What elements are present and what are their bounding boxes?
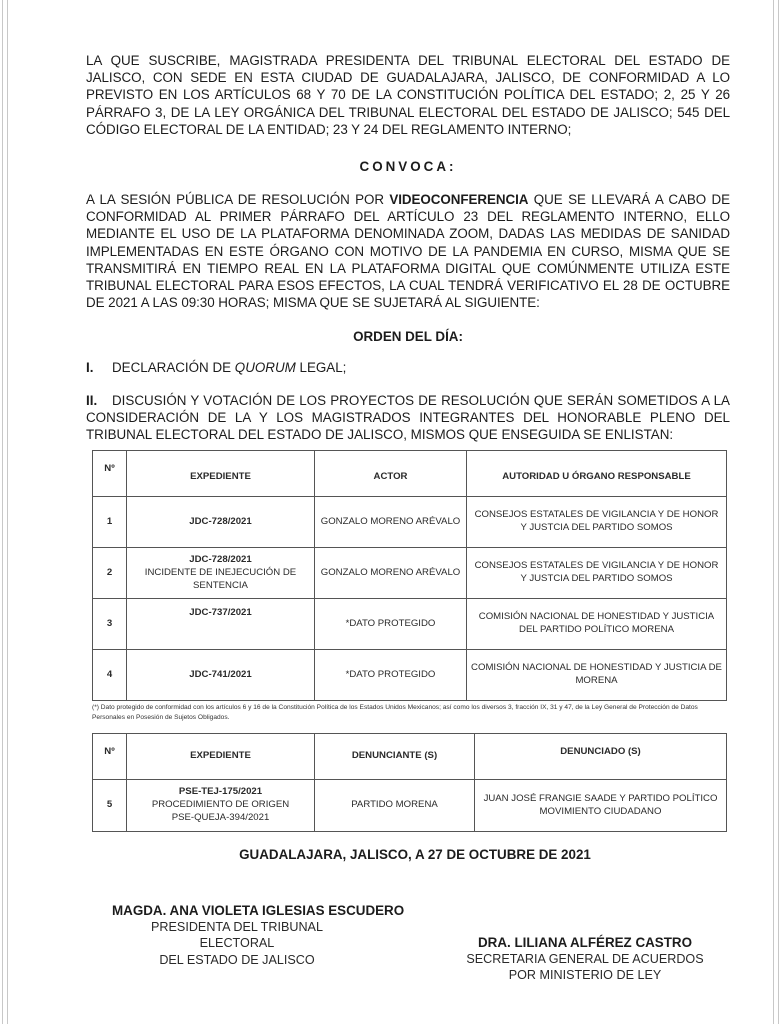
table-row: 1 JDC-728/2021 GONZALO MORENO ARÉVALO CO… xyxy=(93,497,727,548)
table-row: 4 JDC-741/2021 *DATO PROTEGIDO COMISIÓN … xyxy=(93,650,727,701)
header-autoridad: AUTORIDAD U ÓRGANO RESPONSABLE xyxy=(467,451,727,497)
agenda-item-text: DECLARACIÓN DE xyxy=(112,360,235,375)
expediente-id: JDC-728/2021 xyxy=(131,554,310,567)
cell-expediente: JDC-741/2021 xyxy=(127,650,315,701)
signatory-name: MAGDA. ANA VIOLETA IGLESIAS ESCUDERO xyxy=(112,902,422,919)
expediente-detail: INCIDENTE DE INEJECUCIÓN DE SENTENCIA xyxy=(131,567,310,593)
place-date: GUADALAJARA, JALISCO, A 27 DE OCTUBRE DE… xyxy=(100,847,730,862)
intro-paragraph: LA QUE SUSCRIBE, MAGISTRADA PRESIDENTA D… xyxy=(86,52,730,138)
cell-number: 1 xyxy=(93,497,127,548)
cell-expediente: JDC-728/2021INCIDENTE DE INEJECUCIÓN DE … xyxy=(127,548,315,599)
header-actor: ACTOR xyxy=(315,451,467,497)
complaints-table: Nº EXPEDIENTE DENUNCIANTE (S) DENUNCIADO… xyxy=(92,733,727,832)
convocation-paragraph: A LA SESIÓN PÚBLICA DE RESOLUCIÓN POR VI… xyxy=(86,191,730,311)
signatory-role: POR MINISTERIO DE LEY xyxy=(460,967,710,983)
header-denunciado: DENUNCIADO (S) xyxy=(475,734,727,780)
document-page: LA QUE SUSCRIBE, MAGISTRADA PRESIDENTA D… xyxy=(86,52,730,862)
cell-expediente: JDC-737/2021 xyxy=(127,599,315,650)
agenda-item-text-end: LEGAL; xyxy=(296,360,347,375)
cell-autoridad: CONSEJOS ESTATALES DE VIGILANCIA Y DE HO… xyxy=(467,548,727,599)
header-number: Nº xyxy=(93,734,127,780)
table-row: 5 PSE-TEJ-175/2021PROCEDIMIENTO DE ORIGE… xyxy=(93,780,727,832)
signature-secretary: DRA. LILIANA ALFÉREZ CASTRO SECRETARIA G… xyxy=(460,934,710,984)
cell-number: 5 xyxy=(93,780,127,832)
convocation-text-start: A LA SESIÓN PÚBLICA DE RESOLUCIÓN POR xyxy=(86,192,389,207)
signatory-role: PRESIDENTA DEL TRIBUNAL ELECTORAL xyxy=(122,919,352,952)
signature-president: MAGDA. ANA VIOLETA IGLESIAS ESCUDERO PRE… xyxy=(112,902,422,968)
cell-number: 4 xyxy=(93,650,127,701)
signatory-role: SECRETARIA GENERAL DE ACUERDOS xyxy=(460,951,710,967)
signatory-role: DEL ESTADO DE JALISCO xyxy=(122,952,352,968)
protected-data-footnote: (*) Dato protegido de conformidad con lo… xyxy=(92,703,732,722)
header-expediente: EXPEDIENTE xyxy=(127,734,315,780)
table-row: 2 JDC-728/2021INCIDENTE DE INEJECUCIÓN D… xyxy=(93,548,727,599)
cell-number: 2 xyxy=(93,548,127,599)
header-expediente: EXPEDIENTE xyxy=(127,451,315,497)
cell-denunciado: JUAN JOSÉ FRANGIE SAADE Y PARTIDO POLÍTI… xyxy=(475,780,727,832)
agenda-item-1: I.DECLARACIÓN DE QUORUM LEGAL; xyxy=(86,359,730,376)
convocation-bold-term: VIDEOCONFERENCIA xyxy=(389,192,528,207)
cell-expediente: PSE-TEJ-175/2021PROCEDIMIENTO DE ORIGENP… xyxy=(127,780,315,832)
resolution-projects-table: Nº EXPEDIENTE ACTOR AUTORIDAD U ÓRGANO R… xyxy=(92,450,727,701)
agenda-numeral: II. xyxy=(86,392,112,409)
agenda-item-text: DISCUSIÓN Y VOTACIÓN DE LOS PROYECTOS DE… xyxy=(86,393,730,442)
cell-actor: *DATO PROTEGIDO xyxy=(315,599,467,650)
cell-actor: GONZALO MORENO ARÉVALO xyxy=(315,548,467,599)
expediente-detail: PROCEDIMIENTO DE ORIGEN xyxy=(131,799,310,812)
table-header-row: Nº EXPEDIENTE DENUNCIANTE (S) DENUNCIADO… xyxy=(93,734,727,780)
agenda-heading: ORDEN DEL DÍA: xyxy=(86,329,730,344)
cell-autoridad: CONSEJOS ESTATALES DE VIGILANCIA Y DE HO… xyxy=(467,497,727,548)
agenda-numeral: I. xyxy=(86,359,112,376)
convoca-heading: CONVOCA: xyxy=(86,159,730,174)
page-border-left xyxy=(2,0,8,1024)
page-border-right xyxy=(773,0,779,1024)
signatory-name: DRA. LILIANA ALFÉREZ CASTRO xyxy=(460,934,710,951)
cell-denunciante: PARTIDO MORENA xyxy=(315,780,475,832)
expediente-origin-id: PSE-QUEJA-394/2021 xyxy=(131,812,310,825)
cell-number: 3 xyxy=(93,599,127,650)
cell-actor: GONZALO MORENO ARÉVALO xyxy=(315,497,467,548)
header-denunciante: DENUNCIANTE (S) xyxy=(315,734,475,780)
convocation-text-end: QUE SE LLEVARÁ A CABO DE CONFORMIDAD AL … xyxy=(86,192,730,310)
expediente-id: PSE-TEJ-175/2021 xyxy=(131,786,310,799)
cell-autoridad: COMISIÓN NACIONAL DE HONESTIDAD Y JUSTIC… xyxy=(467,650,727,701)
cell-expediente: JDC-728/2021 xyxy=(127,497,315,548)
agenda-item-2: II.DISCUSIÓN Y VOTACIÓN DE LOS PROYECTOS… xyxy=(86,392,730,444)
cell-autoridad: COMISIÓN NACIONAL DE HONESTIDAD Y JUSTIC… xyxy=(467,599,727,650)
table-row: 3 JDC-737/2021 *DATO PROTEGIDO COMISIÓN … xyxy=(93,599,727,650)
cell-actor: *DATO PROTEGIDO xyxy=(315,650,467,701)
agenda-item-italic: QUORUM xyxy=(235,360,296,375)
table-header-row: Nº EXPEDIENTE ACTOR AUTORIDAD U ÓRGANO R… xyxy=(93,451,727,497)
header-number: Nº xyxy=(93,451,127,497)
